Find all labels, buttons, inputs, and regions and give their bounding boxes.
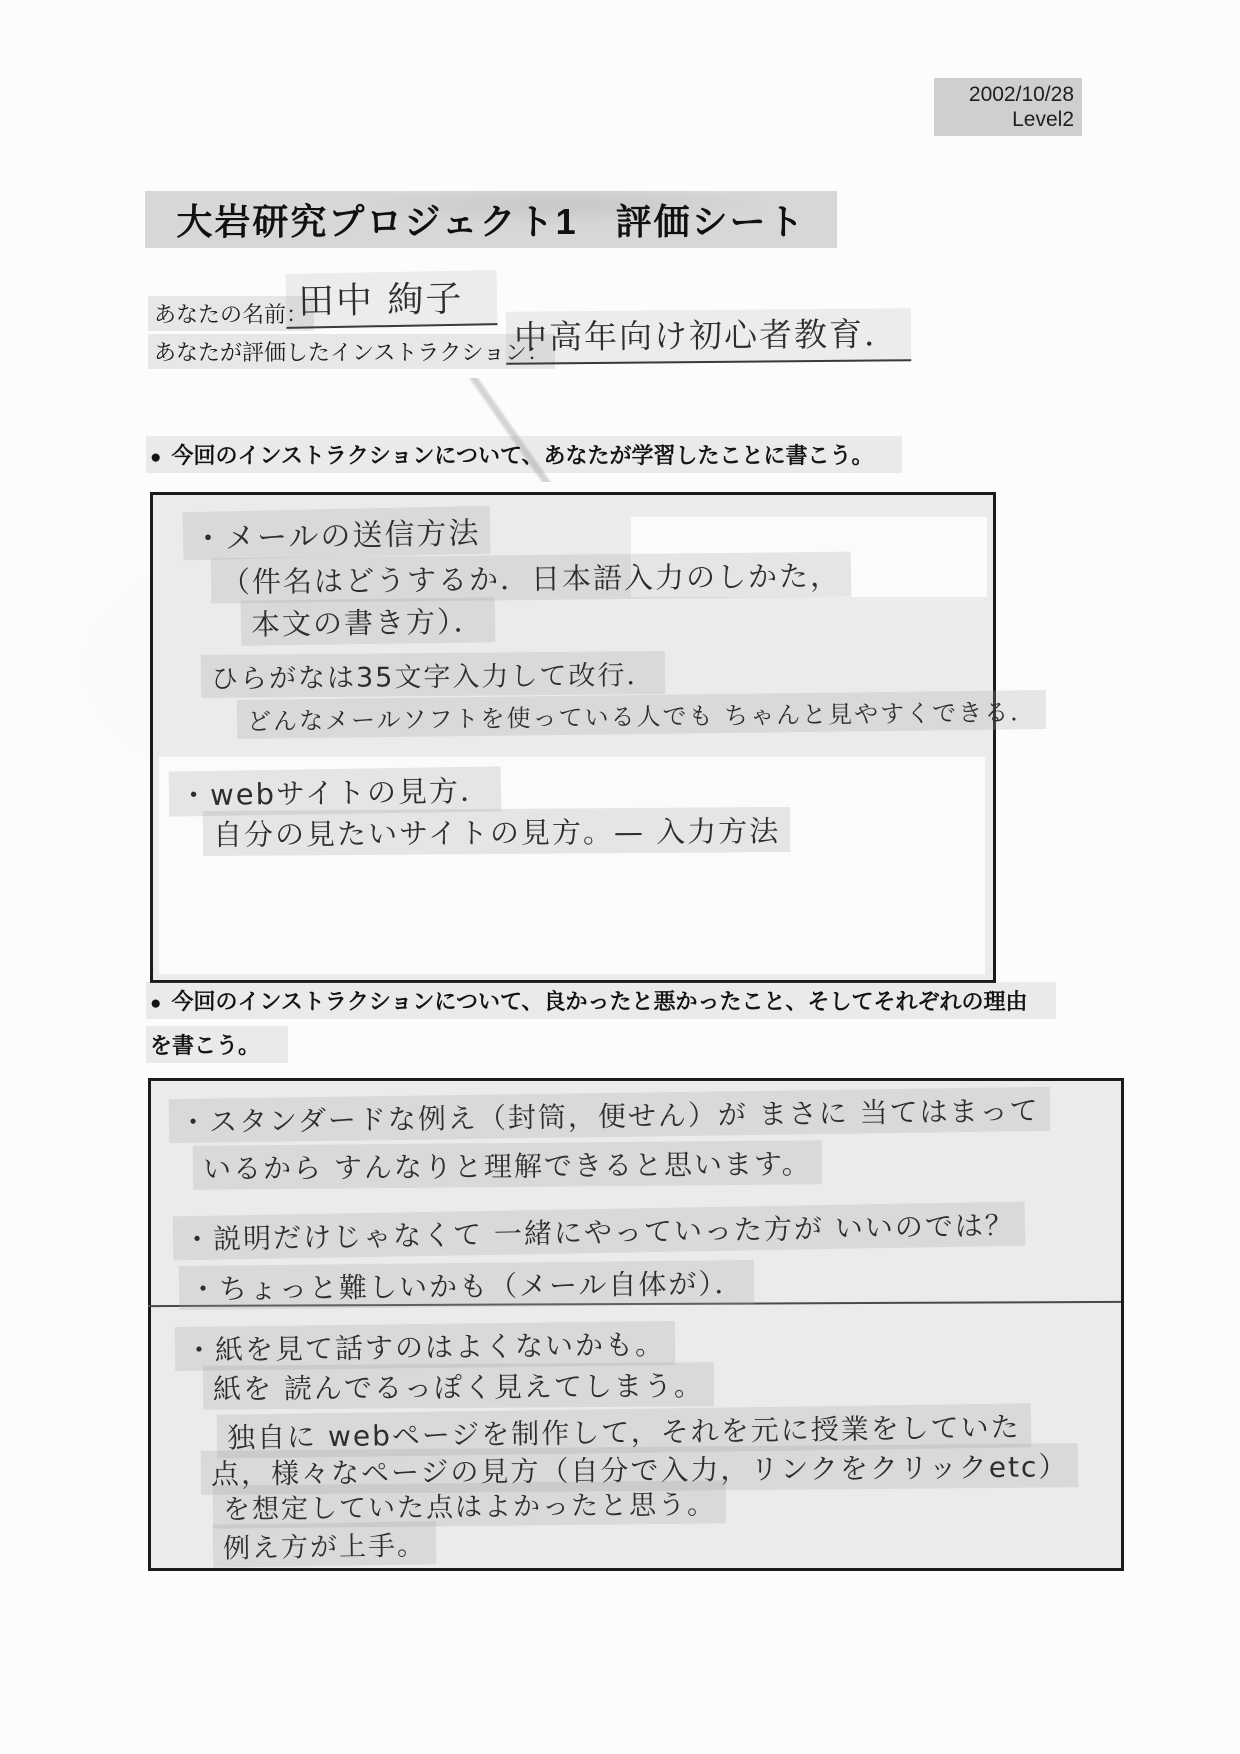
answer-box-2: ・スタンダードな例え（封筒，便せん）が まさに 当てはまって いるから すんなり… — [148, 1078, 1124, 1571]
stamp-level: Level2 — [942, 107, 1074, 132]
handwritten-note-line: 本文の書き方）． — [241, 597, 495, 646]
section1-heading: ●今回のインストラクションについて、あなたが学習したことに書こう。 — [146, 436, 902, 473]
section2-heading: ●今回のインストラクションについて、良かったと悪かったこと、そしてそれぞれの理由 — [146, 982, 1056, 1019]
handwritten-note-line: ひらがなは35文字入力して改行． — [201, 651, 666, 698]
scanned-evaluation-sheet: 2002/10/28 Level2 大岩研究プロジェクト1 評価シート あなたの… — [0, 0, 1240, 1754]
section1-heading-text: 今回のインストラクションについて、あなたが学習したことに書こう。 — [171, 443, 873, 468]
handwritten-note-line: 自分の見たいサイトの見方。— 入力方法 — [203, 807, 791, 856]
stamp-date: 2002/10/28 — [942, 82, 1074, 107]
section2-heading-text: 今回のインストラクションについて、良かったと悪かったこと、そしてそれぞれの理由 — [171, 989, 1027, 1014]
bullet-icon: ● — [150, 447, 161, 468]
name-field-value: 田中 絢子 — [286, 270, 498, 329]
answer-box-1: ・メールの送信方法 （件名はどうするか．日本語入力のしかた， 本文の書き方）． … — [150, 492, 996, 983]
instruction-field-label: あなたが評価したインストラクション： — [148, 334, 555, 369]
page-title: 大岩研究プロジェクト1 評価シート — [176, 194, 805, 245]
handwritten-note-line: いるから すんなりと理解できると思います。 — [193, 1140, 822, 1189]
date-stamp: 2002/10/28 Level2 — [934, 78, 1082, 136]
handwritten-note-line: 例え方が上手。 — [213, 1521, 437, 1567]
handwritten-note-line: ・説明だけじゃなくて 一緒にやっていった方が いいのでは？ — [173, 1202, 1025, 1261]
handwritten-note-line: ・ちょっと難しいかも（メール自体が）． — [179, 1260, 755, 1310]
instruction-field-value: 中高年向け初心者教育． — [506, 308, 911, 365]
handwritten-note-line: ・スタンダードな例え（封筒，便せん）が まさに 当てはまって — [169, 1087, 1050, 1143]
handwritten-note-line: （件名はどうするか．日本語入力のしかた， — [211, 552, 851, 604]
handwritten-note-line: 紙を 読んでるっぽく見えてしまう。 — [203, 1362, 714, 1410]
handwritten-note-line: ・メールの送信方法 — [183, 506, 491, 560]
handwritten-note-line: を想定していた点はよかったと思う。 — [213, 1480, 726, 1528]
bullet-icon: ● — [150, 993, 161, 1014]
section2-heading-line2: を書こう。 — [146, 1026, 288, 1063]
handwritten-note-line: どんなメールソフトを使っている人でも ちゃんと見やすくできる． — [237, 690, 1047, 739]
title-band: 大岩研究プロジェクト1 評価シート — [145, 191, 837, 248]
